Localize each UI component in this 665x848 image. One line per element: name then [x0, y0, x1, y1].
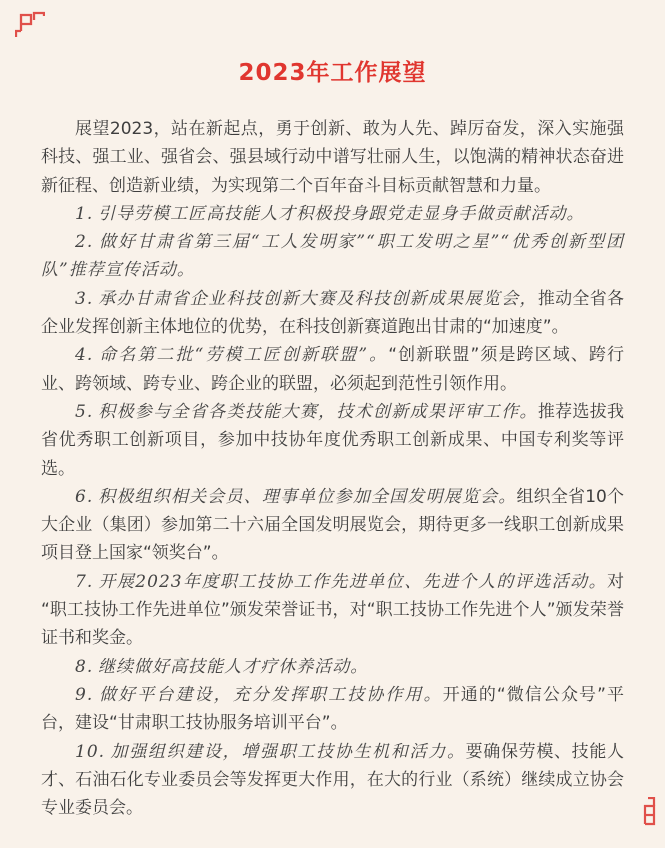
item-kai-text: 命名第二批“劳模工匠创新联盟”。: [98, 345, 388, 365]
document-page: 2023年工作展望 展望2023，站在新起点，勇于创新、敢为人先、踔厉奋发，深入…: [0, 0, 665, 848]
list-item: 2.做好甘肃省第三届“工人发明家”“职工发明之星”“优秀创新型团队”推荐宣传活动…: [41, 228, 624, 285]
item-kai-text: 承办甘肃省企业科技创新大赛及科技创新成果展览会，: [98, 289, 538, 309]
list-item: 8.继续做好高技能人才疗休养活动。: [41, 653, 624, 681]
list-item: 6.积极组织相关会员、理事单位参加全国发明展览会。组织全省10个大企业（集团）参…: [41, 483, 624, 568]
item-kai-text: 开展2023年度职工技协工作先进单位、先进个人的评选活动。: [98, 572, 607, 592]
list-item: 10.加强组织建设，增强职工技协生机和活力。要确保劳模、技能人才、石油石化专业委…: [41, 738, 624, 823]
item-number: 10.: [75, 742, 105, 762]
intro-paragraph: 展望2023，站在新起点，勇于创新、敢为人先、踔厉奋发，深入实施强科技、强工业、…: [41, 115, 624, 200]
item-kai-text: 引导劳模工匠高技能人才积极投身跟党走显身手做贡献活动。: [98, 204, 585, 224]
item-number: 2.: [75, 232, 93, 252]
page-title: 2023年工作展望: [0, 57, 665, 89]
item-number: 9.: [75, 685, 93, 705]
list-item: 5.积极参与全省各类技能大赛，技术创新成果评审工作。推荐选拔我省优秀职工创新项目…: [41, 398, 624, 483]
list-item: 9.做好平台建设，充分发挥职工技协作用。开通的“微信公众号”平台，建设“甘肃职工…: [41, 681, 624, 738]
item-number: 1.: [75, 204, 93, 224]
list-item: 1.引导劳模工匠高技能人才积极投身跟党走显身手做贡献活动。: [41, 200, 624, 228]
red-corner-mark-icon: [15, 11, 45, 38]
item-number: 6.: [75, 487, 93, 507]
item-kai-text: 做好甘肃省第三届“工人发明家”“职工发明之星”“优秀创新型团队”推荐宣传活动。: [41, 232, 624, 280]
item-number: 8.: [75, 657, 93, 677]
item-kai-text: 积极组织相关会员、理事单位参加全国发明展览会。: [98, 487, 517, 507]
item-kai-text: 做好平台建设，充分发挥职工技协作用。: [98, 685, 443, 705]
item-kai-text: 加强组织建设，增强职工技协生机和活力。: [110, 742, 466, 762]
red-corner-mark-icon: [642, 797, 657, 826]
list-item: 3.承办甘肃省企业科技创新大赛及科技创新成果展览会，推动全省各企业发挥创新主体地…: [41, 285, 624, 342]
item-number: 3.: [75, 289, 93, 309]
list-item: 7.开展2023年度职工技协工作先进单位、先进个人的评选活动。对“职工技协工作先…: [41, 568, 624, 653]
item-kai-text: 积极参与全省各类技能大赛，技术创新成果评审工作。: [98, 402, 538, 422]
list-item: 4.命名第二批“劳模工匠创新联盟”。“创新联盟”须是跨区域、跨行业、跨领域、跨专…: [41, 341, 624, 398]
document-body: 展望2023，站在新起点，勇于创新、敢为人先、踔厉奋发，深入实施强科技、强工业、…: [41, 115, 624, 822]
item-kai-text: 继续做好高技能人才疗休养活动。: [98, 657, 368, 677]
item-number: 5.: [75, 402, 93, 422]
item-number: 4.: [75, 345, 93, 365]
item-number: 7.: [75, 572, 93, 592]
